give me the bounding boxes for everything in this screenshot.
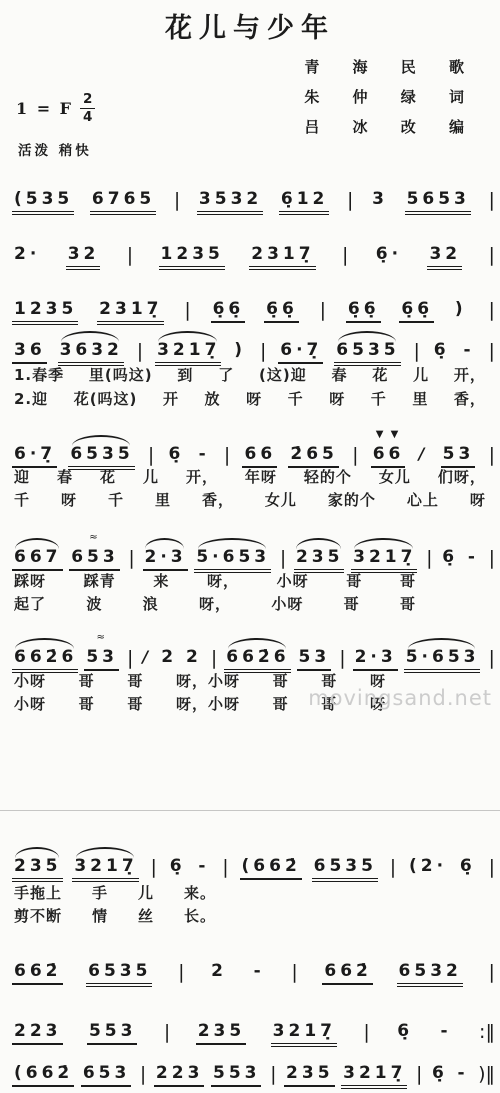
note-token: - xyxy=(197,431,211,466)
note-token: 662̇6 xyxy=(224,634,290,673)
lyrics-word: 哥 xyxy=(127,693,143,714)
lyrics-word: 踩青 xyxy=(84,570,116,591)
note-token: 6̣ xyxy=(430,1050,449,1085)
lyrics-word: 千 xyxy=(288,388,304,409)
bar-line: | xyxy=(268,1050,277,1087)
bar-line: | xyxy=(487,431,496,468)
bar-line: | xyxy=(361,1008,370,1045)
note-token: 36 xyxy=(12,327,47,364)
slide-mark: / xyxy=(140,634,153,668)
note-token: ) xyxy=(232,327,247,362)
slide-mark: / xyxy=(417,431,430,465)
slur-arc xyxy=(408,638,476,649)
bar-line: | xyxy=(487,843,496,880)
lyrics-word: 年呀 xyxy=(245,466,277,487)
notation-row: 662̇6≈53|/22|662̇653|2·35·653| xyxy=(12,634,496,673)
lyrics-row: 迎春花儿开，年呀轻的个女儿们呀， xyxy=(14,466,486,487)
note-token: 3217̣ xyxy=(341,1050,407,1089)
slur-arc xyxy=(61,331,119,342)
credit-line: 朱 仲 绿 词 xyxy=(304,82,478,112)
lyrics-word: 千 xyxy=(14,489,30,510)
bar-line: | xyxy=(486,327,495,364)
scan-artifact-line xyxy=(0,810,500,811)
note-token: - xyxy=(252,948,266,983)
note-token: 6765 xyxy=(90,176,156,215)
ornament-mark: ▼ ▼ xyxy=(371,429,406,440)
note-token: 3217̣ xyxy=(155,327,221,366)
notation-row: 223553|2353217̣|6̣-:‖ xyxy=(12,1008,496,1047)
bar-line: | xyxy=(340,231,349,268)
sheet-music-page: 花儿与少年 青 海 民 歌朱 仲 绿 词吕 冰 改 编 1 = F 2 4 活泼… xyxy=(0,0,500,1093)
note-token: - xyxy=(462,327,476,362)
note-token: 235 xyxy=(196,1008,247,1045)
note-token: - xyxy=(466,534,480,569)
note-token: 2̇65 xyxy=(288,431,339,468)
lyrics-row: 2.迎花(吗这)开放呀千呀千里香， xyxy=(14,388,486,409)
lyrics-word: 花 xyxy=(372,364,388,385)
note-token: ≈653 xyxy=(69,534,120,571)
bar-line: | xyxy=(182,286,191,323)
note-token: 6̣6̣ xyxy=(211,286,246,323)
note-token: 6̣ xyxy=(395,1008,414,1043)
lyrics-word: 哥 xyxy=(344,593,360,614)
lyrics-word: 了 xyxy=(218,364,234,385)
lyrics-word: 家的个 xyxy=(328,489,376,510)
lyrics-word: 1.春季 xyxy=(14,364,64,385)
lyrics-word: 轻的个 xyxy=(304,466,352,487)
lyrics-word: 儿 xyxy=(143,466,159,487)
note-token: (662̇ xyxy=(240,843,302,880)
note-token: ▼ ▼66 xyxy=(371,431,406,468)
bar-line: | xyxy=(220,843,229,880)
lyrics-word: 花(吗这) xyxy=(74,388,138,409)
note-token: 662̇ xyxy=(322,948,373,985)
bar-line: | xyxy=(125,231,134,268)
bar-line: | xyxy=(414,1050,423,1087)
bar-line: | xyxy=(337,634,346,671)
bar-line: | xyxy=(486,634,495,671)
note-token: 235 xyxy=(12,843,63,882)
lyrics-word: 里(吗这) xyxy=(89,364,153,385)
lyrics-word: 哥 xyxy=(400,593,416,614)
bar-line: | xyxy=(172,176,181,213)
lyrics-word: 呀，小呀 xyxy=(176,693,240,714)
note-token: 2317̣ xyxy=(97,286,163,325)
note-token: 6̣6̣ xyxy=(346,286,381,323)
lyrics-word: 哥 xyxy=(273,693,289,714)
lyrics-word: 哥 xyxy=(127,670,143,691)
slur-arc xyxy=(15,638,73,649)
note-token: 6̣ xyxy=(167,431,186,466)
slur-arc xyxy=(15,538,59,549)
bar-line: | xyxy=(209,634,218,671)
lyrics-word: 来。 xyxy=(184,882,216,903)
lyrics-word: 呀，小呀 xyxy=(176,670,240,691)
bar-line: | xyxy=(135,327,144,364)
lyrics-word: 春 xyxy=(332,364,348,385)
lyrics-word: 小呀 xyxy=(277,570,309,591)
lyrics-word: 丝 xyxy=(138,905,154,926)
bar-line: | xyxy=(487,176,496,213)
note-token: 32 xyxy=(66,231,101,270)
lyrics-word: 手 xyxy=(92,882,108,903)
lyrics-word: 哥 xyxy=(400,570,416,591)
lyrics-word: 哥 xyxy=(79,670,95,691)
note-token: 223 xyxy=(154,1050,205,1087)
note-token: 6532 xyxy=(397,948,463,987)
bar-line: | xyxy=(162,1008,171,1045)
bar-line: | xyxy=(289,948,298,985)
credits: 青 海 民 歌朱 仲 绿 词吕 冰 改 编 xyxy=(304,52,478,142)
note-token: - xyxy=(196,843,210,878)
notation-row: 667≈653|2·35·653|2353217̣|6̣-| xyxy=(12,534,496,573)
bar-line: | xyxy=(318,286,327,323)
bar-line: | xyxy=(176,948,185,985)
lyrics-word: 哥 xyxy=(346,570,362,591)
lyrics-word: 春 xyxy=(57,466,73,487)
slur-arc xyxy=(354,538,412,549)
bar-line: | xyxy=(125,634,134,671)
note-token: 6̣ xyxy=(458,843,477,878)
lyrics-word: 香， xyxy=(202,489,234,510)
note-token: 653 xyxy=(81,1050,132,1087)
note-token: - xyxy=(439,1008,453,1043)
note-token: 1235 xyxy=(12,286,78,325)
note-token: 6535 xyxy=(334,327,400,366)
note-token: - xyxy=(455,1050,469,1085)
bar-line: | xyxy=(222,431,231,468)
notation-row: 6·7̣6535|6̣-|662̇65|▼ ▼66/53| xyxy=(12,431,496,470)
slur-arc xyxy=(228,638,286,649)
lyrics-word: 香， xyxy=(454,388,486,409)
bar-line: | xyxy=(126,534,135,571)
bar-line: | xyxy=(487,286,496,323)
note-token: 5·653 xyxy=(194,534,271,573)
slur-arc xyxy=(15,847,59,858)
note-token: 66 xyxy=(242,431,277,468)
key-signature: 1 = F 2 4 xyxy=(16,92,95,125)
note-token: 6·7̣ xyxy=(12,431,57,468)
lyrics-word: 哥 xyxy=(79,693,95,714)
notation-row: 662̇6535|2-|662̇6532| xyxy=(12,948,496,987)
slur-arc xyxy=(338,331,396,342)
lyrics-word: 波 xyxy=(86,593,102,614)
notation-row: 2353217̣|6̣-|(662̇6535|(2·6̣| xyxy=(12,843,496,882)
note-token: 667 xyxy=(12,534,63,571)
note-token: 553 xyxy=(211,1050,262,1087)
time-signature: 2 4 xyxy=(80,92,95,125)
bar-line: | xyxy=(487,948,496,985)
lyrics-word: 开， xyxy=(454,364,486,385)
lyrics-word: 千 xyxy=(108,489,124,510)
lyrics-word: 呀 xyxy=(470,489,486,510)
lyrics-word: 放 xyxy=(205,388,221,409)
lyrics-word: 呀， xyxy=(199,593,231,614)
note-token: 6̣12 xyxy=(279,176,330,215)
lyrics-word: 里 xyxy=(412,388,428,409)
lyrics-word: 哥 xyxy=(273,670,289,691)
lyrics-word: 心上 xyxy=(407,489,439,510)
bar-line: :‖ xyxy=(477,1008,496,1045)
note-token: 223 xyxy=(12,1008,63,1045)
lyrics-word: 开， xyxy=(186,466,218,487)
lyrics-row: 起了波浪呀，小呀哥哥 xyxy=(14,593,416,614)
notation-row: (662̇653|223553|2353217̣|6̣-)‖ xyxy=(12,1050,496,1089)
note-token: 6535 xyxy=(68,431,134,470)
lyrics-word: 手拖上 xyxy=(14,882,62,903)
note-token: 2·3 xyxy=(143,534,188,571)
bar-line: | xyxy=(487,231,496,268)
bar-line: | xyxy=(138,1050,147,1087)
lyrics-word: 呀 xyxy=(329,388,345,409)
lyrics-word: 呀， xyxy=(207,570,239,591)
ornament-mark: ≈ xyxy=(84,632,119,643)
lyrics-word: 小呀 xyxy=(271,593,303,614)
lyrics-word: 到 xyxy=(177,364,193,385)
lyrics-word: 情 xyxy=(92,905,108,926)
bar-line: | xyxy=(388,843,397,880)
note-token: 235 xyxy=(294,534,345,573)
lyrics-word: 起了 xyxy=(14,593,46,614)
key-label: 1 = F xyxy=(16,99,73,118)
note-token: (662̇ xyxy=(12,1050,74,1087)
time-denominator: 4 xyxy=(80,109,95,125)
watermark: movingsand.net xyxy=(308,686,492,710)
lyrics-word: 小呀 xyxy=(14,670,46,691)
notation-row: 363632|3217̣)|6·7̣6535|6̣-| xyxy=(12,327,496,366)
note-token: 53 xyxy=(441,431,476,468)
note-token: 6̣ xyxy=(432,327,451,362)
note-token: 3217̣ xyxy=(351,534,417,573)
bar-line: | xyxy=(424,534,433,571)
note-token: 2317̣ xyxy=(249,231,315,270)
note-token: 3532 xyxy=(197,176,263,215)
note-token: 2· xyxy=(12,231,41,266)
note-token: 662̇6 xyxy=(12,634,78,673)
note-token: 6̣· xyxy=(374,231,403,266)
notation-row: 2·32|12352317̣|6̣·32| xyxy=(12,231,496,270)
lyrics-word: 儿 xyxy=(413,364,429,385)
notation-row: 12352317̣|6̣6̣6̣6̣|6̣6̣6̣6̣)| xyxy=(12,286,496,325)
slur-arc xyxy=(145,538,185,549)
bar-line: | xyxy=(278,534,287,571)
note-token: ≈53 xyxy=(84,634,119,671)
note-token: (2· xyxy=(407,843,448,878)
note-token: 3 xyxy=(370,176,389,211)
tempo-marking: 活泼 稍快 xyxy=(18,139,92,159)
ornament-mark: ≈ xyxy=(69,532,120,543)
lyrics-row: 剪不断情丝长。 xyxy=(14,905,216,926)
note-token: 553 xyxy=(87,1008,138,1045)
slur-arc xyxy=(198,538,266,549)
lyrics-word: (这)迎 xyxy=(259,364,307,385)
lyrics-row: 踩呀踩青来呀，小呀哥哥 xyxy=(14,570,416,591)
song-title: 花儿与少年 xyxy=(0,6,500,45)
note-token: 5·653 xyxy=(404,634,481,673)
note-token: 3217̣ xyxy=(72,843,138,882)
time-numerator: 2 xyxy=(80,92,95,109)
lyrics-word: 长。 xyxy=(184,905,216,926)
lyrics-word: 花 xyxy=(100,466,116,487)
bar-line: | xyxy=(412,327,421,364)
lyrics-word: 踩呀 xyxy=(14,570,46,591)
note-token: 6·7̣ xyxy=(278,327,323,364)
lyrics-word: 小呀 xyxy=(14,693,46,714)
bar-line: | xyxy=(487,534,496,571)
bar-line: )‖ xyxy=(476,1050,496,1087)
notation-row: (5356765|35326̣12|35653| xyxy=(12,176,496,215)
note-token: 5653 xyxy=(405,176,471,215)
bar-line: | xyxy=(146,431,155,468)
note-token: 6535 xyxy=(86,948,152,987)
slur-arc xyxy=(76,847,134,858)
note-token: (535 xyxy=(12,176,74,215)
slur-arc xyxy=(72,435,130,446)
slur-arc xyxy=(158,331,216,342)
bar-line: | xyxy=(345,176,354,213)
lyrics-row: 手拖上手儿来。 xyxy=(14,882,216,903)
lyrics-word: 开 xyxy=(163,388,179,409)
lyrics-word: 女儿 xyxy=(265,489,297,510)
bar-line: | xyxy=(350,431,359,468)
lyrics-word: 剪不断 xyxy=(14,905,62,926)
lyrics-word: 儿 xyxy=(138,882,154,903)
note-token: 6̣ xyxy=(440,534,459,569)
lyrics-word: 浪 xyxy=(143,593,159,614)
note-token: 6̣ xyxy=(168,843,187,878)
note-token: 2 xyxy=(159,634,178,669)
note-token: 3217̣ xyxy=(271,1008,337,1047)
slur-arc xyxy=(296,538,340,549)
lyrics-row: 1.春季里(吗这)到了(这)迎春花儿开， xyxy=(14,364,486,385)
note-token: 6̣6̣ xyxy=(399,286,434,323)
bar-line: | xyxy=(148,843,157,880)
lyrics-word: 2.迎 xyxy=(14,388,48,409)
lyrics-word: 来 xyxy=(153,570,169,591)
credit-line: 青 海 民 歌 xyxy=(304,52,478,82)
note-token: 662̇ xyxy=(12,948,63,985)
lyrics-word: 呀 xyxy=(61,489,77,510)
bar-line: | xyxy=(258,327,267,364)
note-token: 6535 xyxy=(312,843,378,882)
lyrics-word: 迎 xyxy=(14,466,30,487)
note-token: 2·3 xyxy=(353,634,398,671)
lyrics-word: 们呀， xyxy=(438,466,486,487)
note-token: 2 xyxy=(184,634,203,669)
lyrics-word: 女儿 xyxy=(379,466,411,487)
note-token: 3632 xyxy=(58,327,124,366)
lyrics-word: 里 xyxy=(155,489,171,510)
note-token: 2 xyxy=(209,948,228,983)
note-token: 32 xyxy=(427,231,462,270)
credit-line: 吕 冰 改 编 xyxy=(304,112,478,142)
note-token: 6̣6̣ xyxy=(264,286,299,323)
lyrics-word: 呀 xyxy=(246,388,262,409)
lyrics-row: 千呀千里香，女儿家的个心上呀 xyxy=(14,489,486,510)
note-token: ) xyxy=(453,286,468,321)
note-token: 53 xyxy=(297,634,332,671)
note-token: 1235 xyxy=(159,231,225,270)
note-token: 235 xyxy=(284,1050,335,1087)
lyrics-word: 千 xyxy=(371,388,387,409)
